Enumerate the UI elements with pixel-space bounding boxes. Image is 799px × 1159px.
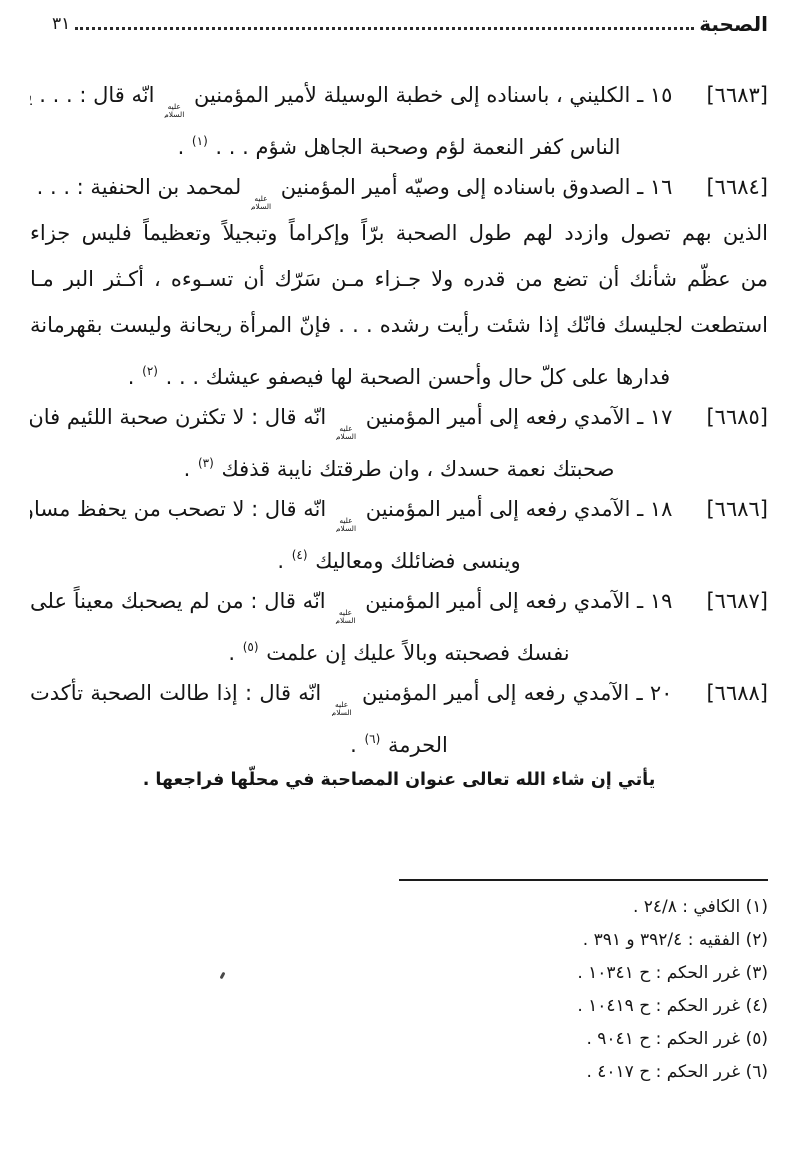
alayhi-assalam-symbol: عليهالسلام <box>164 103 184 118</box>
entry-text: ١٦ ـ الصدوق باسناده إلى وصيّه أمير المؤم… <box>30 164 672 210</box>
footnote-ref: (٢) <box>142 364 158 378</box>
footnote-separator-rule <box>399 879 768 881</box>
chapter-title: الصحبة <box>699 10 768 38</box>
footnote-ref: (١) <box>192 134 208 148</box>
entries: [٦٦٨٣]١٥ ـ الكليني ، باسناده إلى خطبة ال… <box>30 72 768 762</box>
entry-text: ٢٠ ـ الآمدي رفعه إلى أمير المؤمنين عليها… <box>30 670 672 716</box>
entry-body-line: من عظّم شأنك أن تضع من قدره ولا جـزاء مـ… <box>30 256 768 302</box>
footnote-ref: (٣) <box>198 456 214 470</box>
entry-first-line: [٦٦٨٣]١٥ ـ الكليني ، باسناده إلى خطبة ال… <box>30 72 768 118</box>
footnote-line: (٤) غرر الحكم : ح ١٠٤١٩ . <box>30 990 768 1023</box>
book-page: الصحبة ٣١ [٦٦٨٣]١٥ ـ الكليني ، باسناده إ… <box>0 0 799 1159</box>
entry-last-line: فدارها على كلّ حال وأحسن الصحبة لها فيصف… <box>30 348 768 394</box>
footnote-ref: (٦) <box>364 732 380 746</box>
page-number: ٣١ <box>52 10 70 38</box>
entry-text: ١٥ ـ الكليني ، باسناده إلى خطبة الوسيلة … <box>30 72 672 118</box>
entry-last-line: وينسى فضائلك ومعاليك (٤) . <box>30 532 768 578</box>
entry-first-line: [٦٦٨٤]١٦ ـ الصدوق باسناده إلى وصيّه أمير… <box>30 164 768 210</box>
footnote-line: (٥) غرر الحكم : ح ٩٠٤١ . <box>30 1023 768 1056</box>
alayhi-assalam-symbol: عليهالسلام <box>251 195 271 210</box>
entry-id: [٦٦٨٦] <box>706 486 768 532</box>
alayhi-assalam-symbol: عليهالسلام <box>332 701 352 716</box>
footnote-ref: (٥) <box>243 640 259 654</box>
alayhi-assalam-symbol: عليهالسلام <box>336 517 356 532</box>
entry-last-line: صحبتك نعمة حسدك ، وان طرقتك نايبة قذفك (… <box>30 440 768 486</box>
entry-id: [٦٦٨٣] <box>706 72 768 118</box>
entry-body-line: استطعت لجليسك فانّك إذا شئت رأيت رشده . … <box>30 302 768 348</box>
entry-first-line: [٦٦٨٦]١٨ ـ الآمدي رفعه إلى أمير المؤمنين… <box>30 486 768 532</box>
footnote-list: (١) الكافي : ٢٤/٨ .(٢) الفقيه : ٣٩٢/٤ و … <box>30 891 768 1089</box>
entry-text: ١٧ ـ الآمدي رفعه إلى أمير المؤمنين عليها… <box>30 394 672 440</box>
entry-first-line: [٦٦٨٧]١٩ ـ الآمدي رفعه إلى أمير المؤمنين… <box>30 578 768 624</box>
running-header: الصحبة ٣١ <box>52 10 768 38</box>
dotted-leader <box>75 27 694 30</box>
footnote-ref: (٤) <box>292 548 308 562</box>
closing-note: يأتي إن شاء الله تعالى عنوان المصاحبة في… <box>30 757 768 803</box>
footnotes-section: (١) الكافي : ٢٤/٨ .(٢) الفقيه : ٣٩٢/٤ و … <box>30 879 768 1089</box>
entry-first-line: [٦٦٨٥]١٧ ـ الآمدي رفعه إلى أمير المؤمنين… <box>30 394 768 440</box>
entry-id: [٦٦٨٤] <box>706 164 768 210</box>
footnote-line: (٣) غرر الحكم : ح ١٠٣٤١ . <box>30 957 768 990</box>
entry-id: [٦٦٨٨] <box>706 670 768 716</box>
alayhi-assalam-symbol: عليهالسلام <box>336 425 356 440</box>
entry-last-line: الحرمة (٦) . <box>30 716 768 762</box>
entry-last-line: نفسك فصحبته وبالاً عليك إن علمت (٥) . <box>30 624 768 670</box>
entry-id: [٦٦٨٧] <box>706 578 768 624</box>
entry-first-line: [٦٦٨٨]٢٠ ـ الآمدي رفعه إلى أمير المؤمنين… <box>30 670 768 716</box>
footnote-line: (٢) الفقيه : ٣٩٢/٤ و ٣٩١ . <box>30 924 768 957</box>
entry-body-line: الذين بهم تصول وازدد لهم طول الصحبة برّا… <box>30 210 768 256</box>
alayhi-assalam-symbol: عليهالسلام <box>335 609 355 624</box>
footnote-line: (١) الكافي : ٢٤/٨ . <box>30 891 768 924</box>
entry-text: ١٩ ـ الآمدي رفعه إلى أمير المؤمنين عليها… <box>30 578 672 624</box>
footnote-line: (٦) غرر الحكم : ح ٤٠١٧ . <box>30 1056 768 1089</box>
entry-id: [٦٦٨٥] <box>706 394 768 440</box>
entry-last-line: الناس كفر النعمة لؤم وصحبة الجاهل شؤم . … <box>30 118 768 164</box>
entry-text: ١٨ ـ الآمدي رفعه إلى أمير المؤمنين عليها… <box>30 486 672 532</box>
